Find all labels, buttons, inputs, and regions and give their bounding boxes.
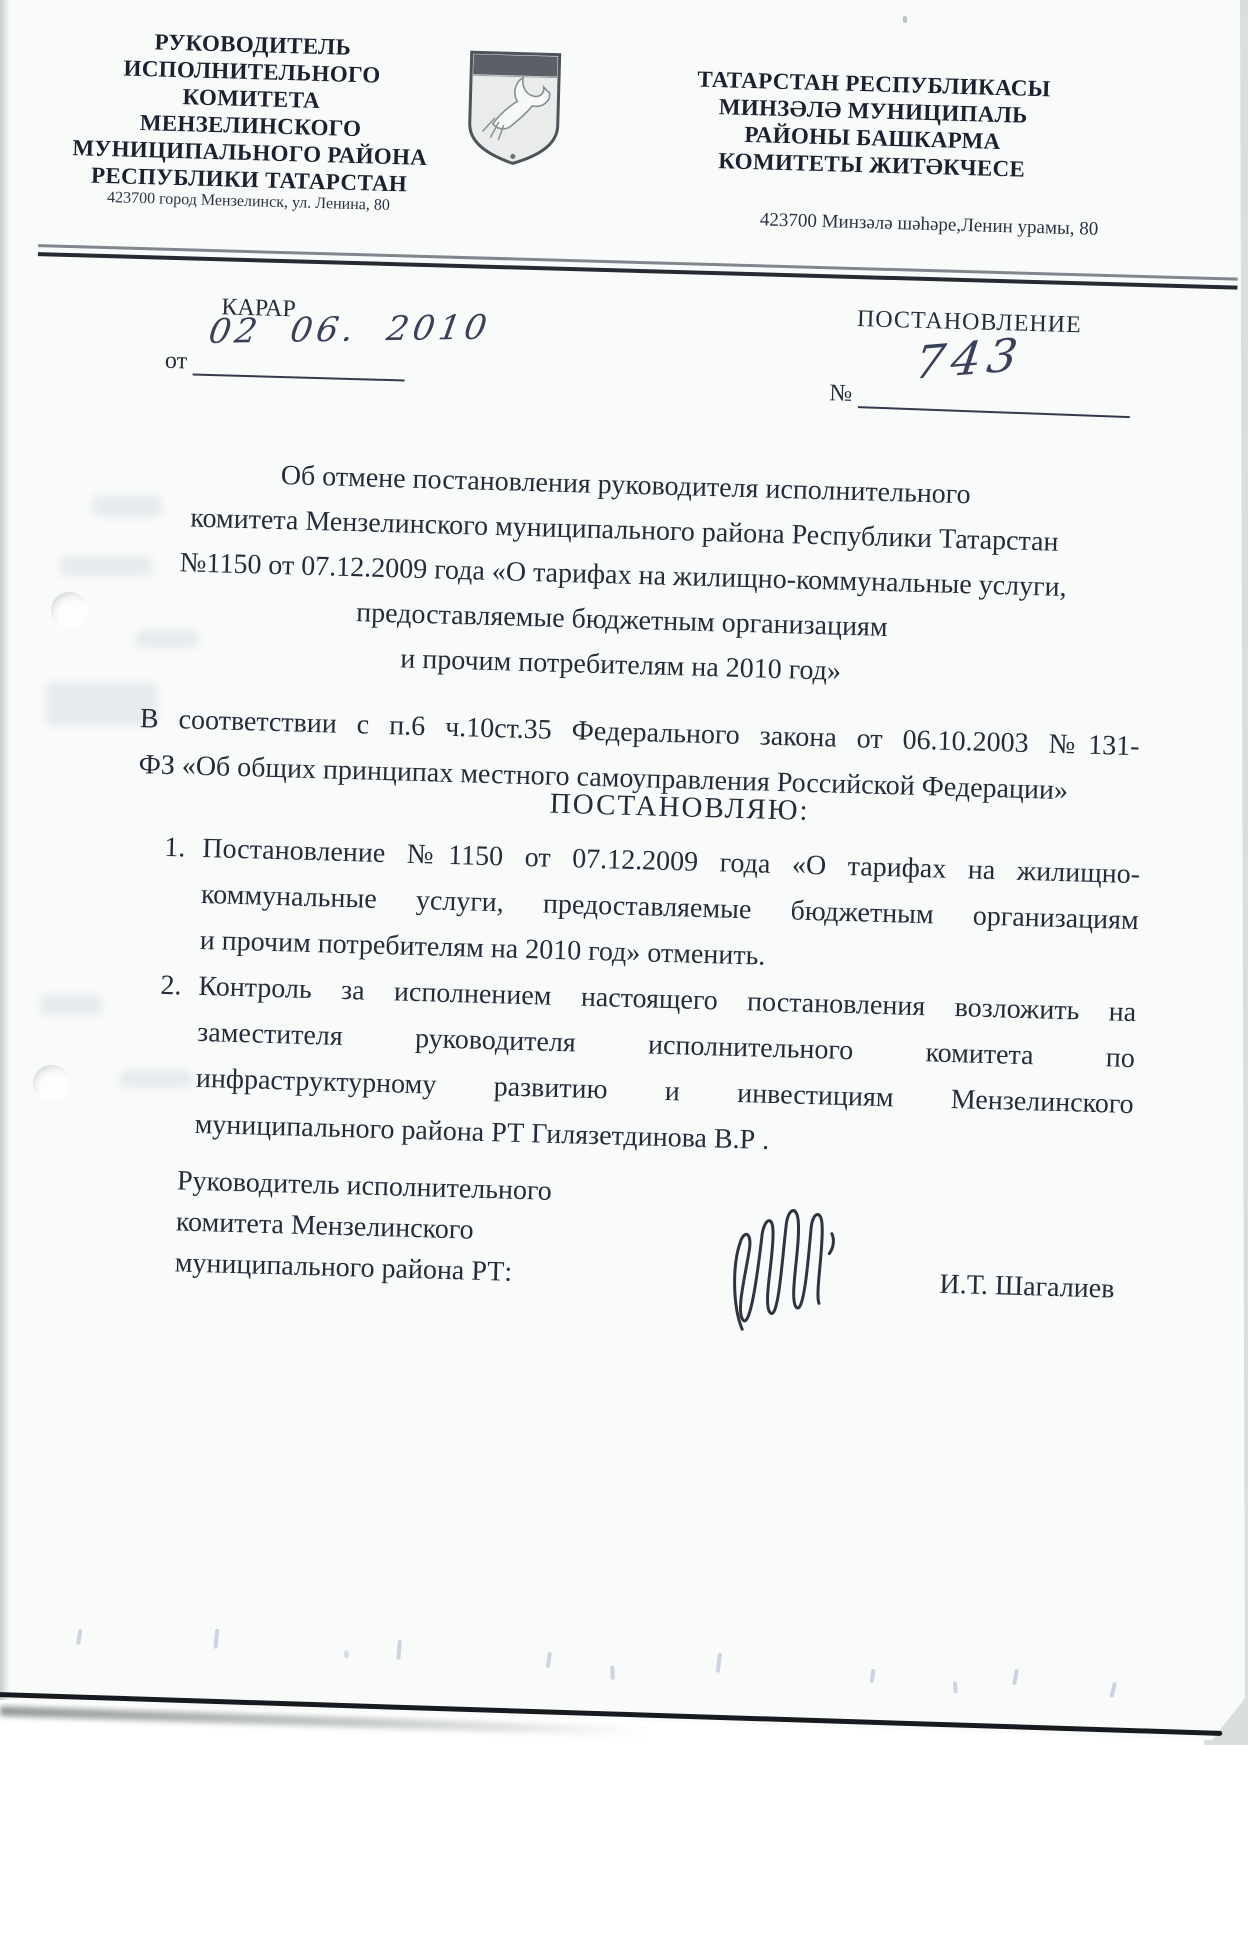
coat-of-arms-icon xyxy=(464,47,565,170)
scanned-document-page: РУКОВОДИТЕЛЬИСПОЛНИТЕЛЬНОГО КОМИТЕТАМЕНЗ… xyxy=(0,0,1248,1952)
letterhead-org-russian: РУКОВОДИТЕЛЬИСПОЛНИТЕЛЬНОГО КОМИТЕТАМЕНЗ… xyxy=(53,26,449,199)
punch-hole-top xyxy=(51,592,88,629)
item-1-text: Постановление №1150 от 07.12.2009 года «… xyxy=(199,826,1140,990)
number-row: № 743 xyxy=(829,375,1131,415)
signatory-name: И.Т. Шагалиев xyxy=(939,1269,1115,1306)
date-underline: 02 06. 2010 xyxy=(193,344,406,382)
date-row: от 02 06. 2010 xyxy=(165,343,406,382)
handwritten-date: 02 06. 2010 xyxy=(206,308,494,352)
number-label: № xyxy=(829,380,853,408)
number-underline: 743 xyxy=(858,376,1131,418)
date-label: от xyxy=(165,348,188,376)
decree-title: Об отмене постановления руководителя исп… xyxy=(115,449,1131,702)
letterhead-divider-rule xyxy=(38,244,1238,290)
handwritten-number: 743 xyxy=(912,327,1027,389)
scan-speck xyxy=(903,16,907,23)
decree-item-2: 2. Контроль за исполнением настоящего по… xyxy=(148,963,1143,1175)
signatory-position: Руководитель исполнительногокомитета Мен… xyxy=(174,1160,607,1295)
item-2-text: Контроль за исполнением настоящего поста… xyxy=(194,964,1137,1174)
item-1-number: 1. xyxy=(164,825,186,872)
decree-item-1: 1. Постановление №1150 от 07.12.2009 год… xyxy=(153,825,1146,991)
letterhead-address-tatar: 423700 Минзәлә шәһәре,Ленин урамы, 80 xyxy=(694,207,1164,242)
item-2-number: 2. xyxy=(160,963,182,1010)
punch-hole-bottom xyxy=(33,1065,70,1102)
handwritten-signature xyxy=(726,1179,846,1340)
document-content: РУКОВОДИТЕЛЬИСПОЛНИТЕЛЬНОГО КОМИТЕТАМЕНЗ… xyxy=(0,0,1248,1794)
letterhead-org-tatar: ТАТАРСТАН РЕСПУБЛИКАСЫМИНЗӘЛӘ МУНИЦИПАЛЬ… xyxy=(675,65,1070,184)
